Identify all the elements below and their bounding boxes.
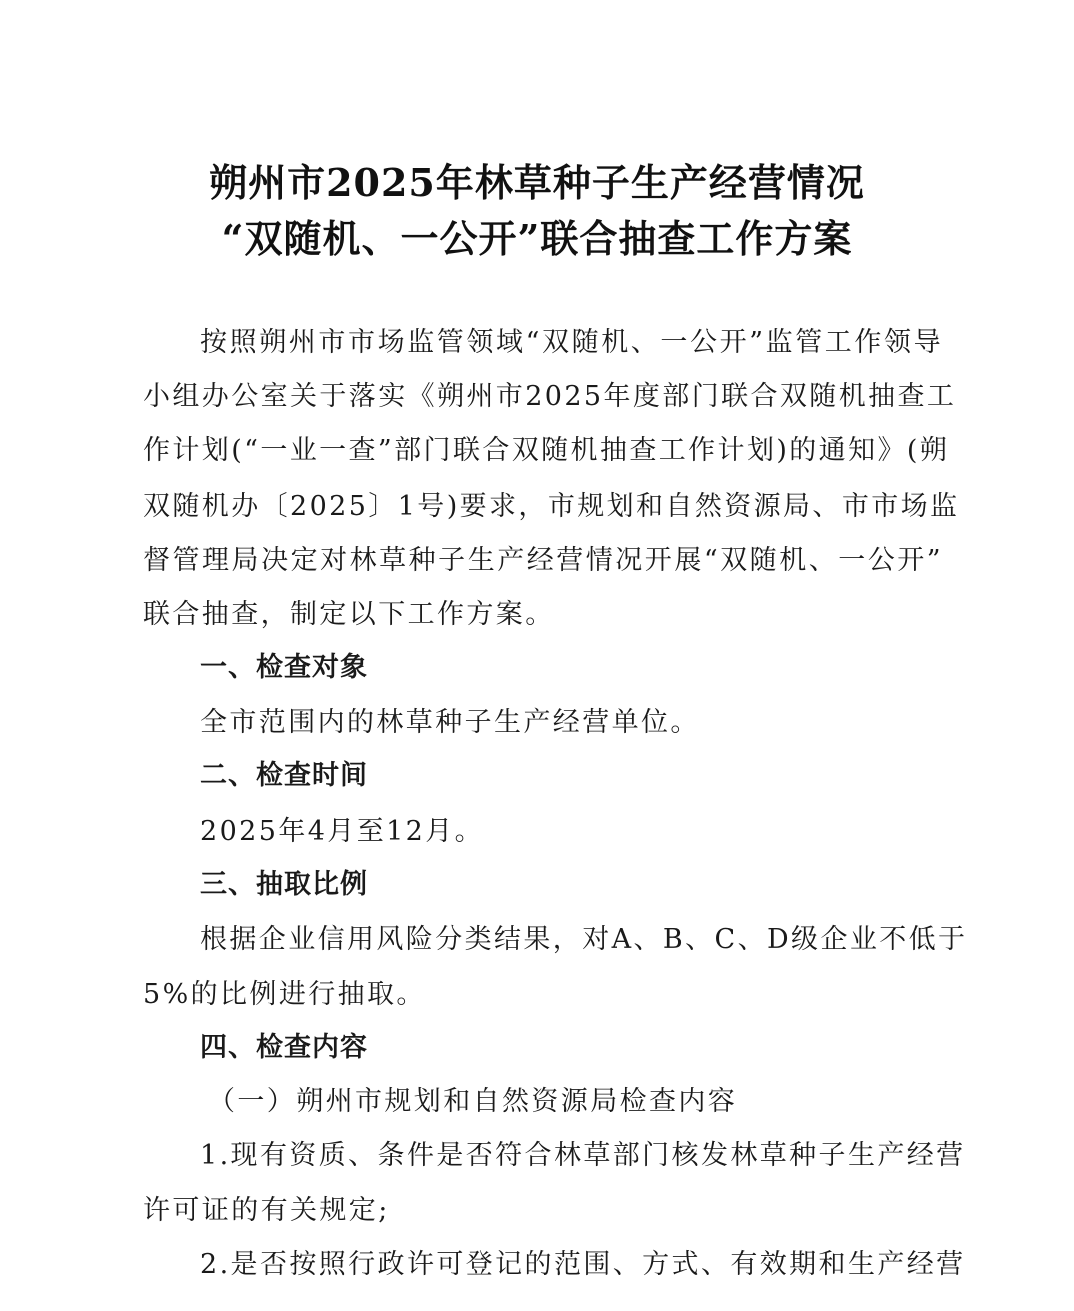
content-item: 许可证的有关规定; xyxy=(143,1193,943,1229)
section-heading-inspection-target: 一、检查对象 xyxy=(200,650,943,686)
section-heading-sampling-ratio: 三、抽取比例 xyxy=(200,867,943,903)
section-body: 2025年4月至12月。 xyxy=(200,814,943,850)
intro-paragraph-line: 督管理局决定对林草种子生产经营情况开展“双随机、一公开” xyxy=(143,543,943,579)
document-title-line-2: “双随机、一公开”联合抽查工作方案 xyxy=(0,208,1074,263)
section-heading-inspection-time: 二、检查时间 xyxy=(200,758,943,794)
intro-paragraph-line: 按照朔州市市场监管领域“双随机、一公开”监管工作领导 xyxy=(200,325,943,361)
intro-paragraph-line: 作计划(“一业一查”部门联合双随机抽查工作计划)的通知》(朔 xyxy=(143,433,943,469)
section-body: 5%的比例进行抽取。 xyxy=(143,977,943,1013)
section-heading-inspection-content: 四、检查内容 xyxy=(200,1030,943,1066)
document-page: 朔州市2025年林草种子生产经营情况 “双随机、一公开”联合抽查工作方案 按照朔… xyxy=(0,0,1074,1311)
intro-paragraph-line: 双随机办〔2025〕1号)要求，市规划和自然资源局、市市场监 xyxy=(143,489,943,525)
section-subheading: （一）朔州市规划和自然资源局检查内容 xyxy=(208,1084,1008,1120)
content-item: 2.是否按照行政许可登记的范围、方式、有效期和生产经营 xyxy=(200,1247,943,1283)
document-title-line-1: 朔州市2025年林草种子生产经营情况 xyxy=(0,152,1074,207)
intro-paragraph-line: 联合抽查，制定以下工作方案。 xyxy=(143,597,943,633)
section-body: 全市范围内的林草种子生产经营单位。 xyxy=(200,705,943,741)
section-body: 根据企业信用风险分类结果，对A、B、C、D级企业不低于 xyxy=(200,922,943,958)
intro-paragraph-line: 小组办公室关于落实《朔州市2025年度部门联合双随机抽查工 xyxy=(143,379,943,415)
content-item: 1.现有资质、条件是否符合林草部门核发林草种子生产经营 xyxy=(200,1138,943,1174)
